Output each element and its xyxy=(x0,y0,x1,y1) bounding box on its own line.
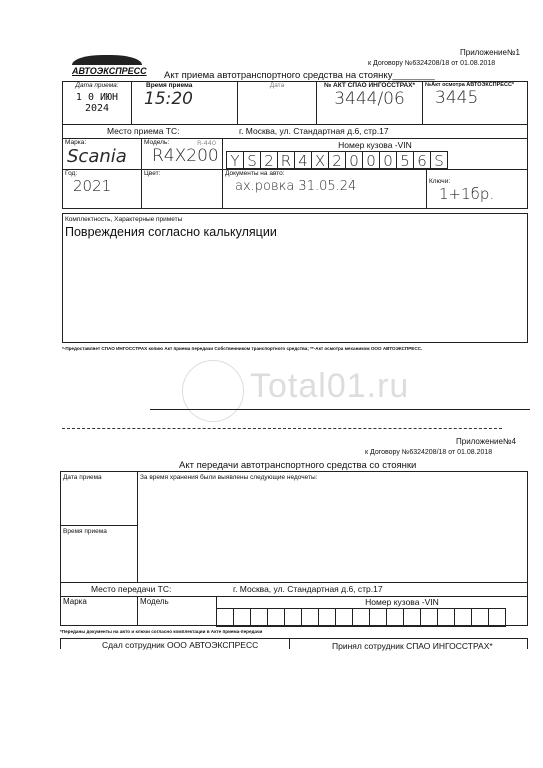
documents-cell: Документы на авто: ax.poвка 31.05.24 xyxy=(222,169,427,209)
vin-char: 4 xyxy=(294,151,312,169)
vin-boxes: YS2R4X200056S xyxy=(227,151,448,169)
completeness-value: Повреждения согласно калькуляции xyxy=(63,225,527,239)
time-value: 15:20 xyxy=(132,89,237,109)
handover-date-cell: Дата приема xyxy=(60,471,138,526)
autoexpress-logo: АВТОЭКСПРЕСС xyxy=(72,55,147,76)
form4-footnote: *Переданы документы на авто и ключи согл… xyxy=(60,629,262,634)
vin-box[interactable] xyxy=(471,608,489,627)
cut-line xyxy=(62,428,502,429)
handed-by-label: Сдал сотрудник ООО АВТОЭКСПРЕСС xyxy=(102,640,258,650)
watermark-text: Total01.ru xyxy=(250,367,409,406)
keys-value: 1+1бр. xyxy=(427,185,527,203)
date-column-cell: Дата xyxy=(237,81,317,125)
vin-char: R xyxy=(277,151,295,169)
documents-value: ax.poвка 31.05.24 xyxy=(223,179,426,194)
reception-place-row: Место приема ТС: г. Москва, ул. Стандарт… xyxy=(62,124,528,139)
vin-box[interactable] xyxy=(301,608,319,627)
received-by-label: Принял сотрудник СПАО ИНГОССТРАХ* xyxy=(332,641,493,651)
vin-char: 6 xyxy=(413,151,431,169)
vin-box[interactable] xyxy=(267,608,285,627)
inspection-act-number: 3445 xyxy=(423,88,527,108)
vin-box[interactable] xyxy=(454,608,472,627)
reception-time-cell: Время приема 15:20 xyxy=(131,81,238,125)
vin-char: 0 xyxy=(379,151,397,169)
ingos-act-number: 3444/06 xyxy=(317,89,422,109)
vin-char: 0 xyxy=(345,151,363,169)
form1-footnote: *-Предоставляет СПАО ИНГОССТРАХ копию Ак… xyxy=(62,346,422,351)
vin-box[interactable] xyxy=(352,608,370,627)
vin-box[interactable] xyxy=(335,608,353,627)
handover-place-row: Место передачи ТС: г. Москва, ул. Станда… xyxy=(60,582,528,597)
model-cell: Модель: R-440 R4X200 xyxy=(141,138,223,170)
vin-box[interactable] xyxy=(437,608,455,627)
defects-box: За время хранения были выявлены следующи… xyxy=(137,471,528,583)
vin-cell-4: Номер кузова -VIN xyxy=(216,596,528,626)
vin-box[interactable] xyxy=(250,608,268,627)
signatures-row: Сдал сотрудник ООО АВТОЭКСПРЕСС Принял с… xyxy=(60,638,528,651)
ingosstrakh-act-cell: № АКТ СПАО ИНГОССТРАХ* 3444/06 xyxy=(316,81,423,125)
keys-cell: Ключи: 1+1бр. xyxy=(426,169,528,209)
reception-date-cell: Дата приема: 1 0 ИЮН 2024 xyxy=(62,81,132,125)
contract-ref-4: к Договору №6324208/18 от 01.08.2018 xyxy=(365,449,492,456)
handover-time-cell: Время приема xyxy=(60,525,138,583)
vin-char: S xyxy=(430,151,448,169)
form1-title: Акт приема автотранспортного средства на… xyxy=(164,70,435,81)
vin-box[interactable] xyxy=(284,608,302,627)
vin-box[interactable] xyxy=(420,608,438,627)
date-stamp: 1 0 ИЮН 2024 xyxy=(63,92,131,114)
vin-char: 5 xyxy=(396,151,414,169)
completeness-box: Комплектность, Характерные приметы Повре… xyxy=(62,213,528,343)
year-value: 2021 xyxy=(63,177,141,195)
vin-char: Y xyxy=(226,151,244,169)
vin-box[interactable] xyxy=(488,608,506,627)
vin-box[interactable] xyxy=(369,608,387,627)
color-cell: Цвет: xyxy=(141,169,223,209)
appendix-1: Приложение№1 xyxy=(460,48,520,57)
year-cell: Год: 2021 xyxy=(62,169,142,209)
inspection-act-cell: №Акт осмотра АВТОЭКСПРЕСС* 3445 xyxy=(422,81,528,125)
form4-title: Акт передачи автотранспортного средства … xyxy=(179,460,416,471)
vin-char: 2 xyxy=(260,151,278,169)
divider xyxy=(150,409,530,410)
vin-box[interactable] xyxy=(216,608,234,627)
make-cell-4: Марка xyxy=(60,596,138,626)
vin-box[interactable] xyxy=(386,608,404,627)
appendix-4: Приложение№4 xyxy=(456,437,516,446)
watermark-car-icon xyxy=(182,360,244,422)
vin-char: 2 xyxy=(328,151,346,169)
vin-boxes-empty xyxy=(217,608,506,627)
car-logo-icon xyxy=(72,55,142,65)
model-value: R4X200 xyxy=(142,146,222,166)
vin-box[interactable] xyxy=(233,608,251,627)
contract-ref-1: к Договору №6324208/18 от 01.08.2018 xyxy=(368,60,495,67)
vin-box[interactable] xyxy=(318,608,336,627)
vin-char: X xyxy=(311,151,329,169)
vin-char: 0 xyxy=(362,151,380,169)
make-cell: Марка: Scania xyxy=(62,138,142,170)
vin-box[interactable] xyxy=(403,608,421,627)
model-cell-4: Модель xyxy=(137,596,217,626)
vin-char: S xyxy=(243,151,261,169)
make-value: Scania xyxy=(63,146,141,167)
vin-cell: Номер кузова -VIN YS2R4X200056S xyxy=(222,138,528,170)
